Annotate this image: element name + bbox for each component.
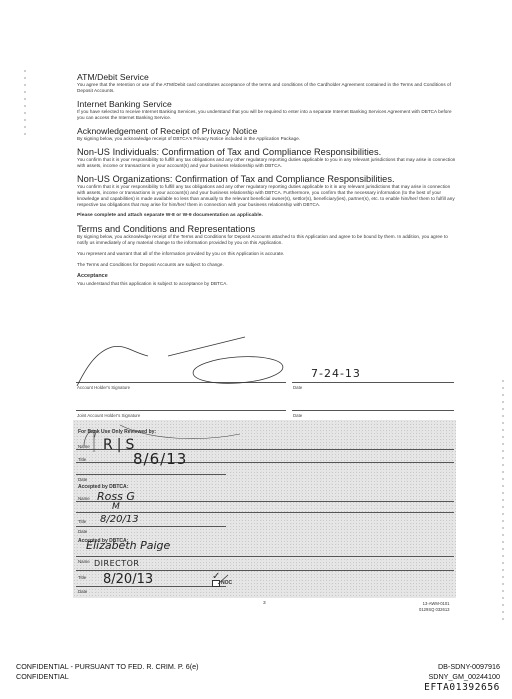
page-number: 3 xyxy=(263,601,266,606)
bates-sdny-gm: SDNY_GM_00244100 xyxy=(424,672,500,682)
handwritten-annotations xyxy=(0,0,512,699)
form-code-1: 13-AWM-0101 xyxy=(419,601,450,607)
footer-left-line-2: CONFIDENTIAL xyxy=(16,672,199,682)
footer-confidential: CONFIDENTIAL - PURSUANT TO FED. R. CRIM.… xyxy=(16,662,199,682)
bates-db-sdny: DB-SDNY-0097916 xyxy=(424,662,500,672)
form-code: 13-AWM-0101 0129SQ 032613 xyxy=(419,601,450,612)
form-code-2: 0129SQ 032613 xyxy=(419,607,450,613)
bates-efta: EFTA01392656 xyxy=(424,682,500,694)
footer-bates: DB-SDNY-0097916 SDNY_GM_00244100 EFTA013… xyxy=(424,662,500,694)
scanned-page: ATM/Debit Service You agree that the ret… xyxy=(0,0,512,699)
footer-left-line-1: CONFIDENTIAL - PURSUANT TO FED. R. CRIM.… xyxy=(16,662,199,672)
